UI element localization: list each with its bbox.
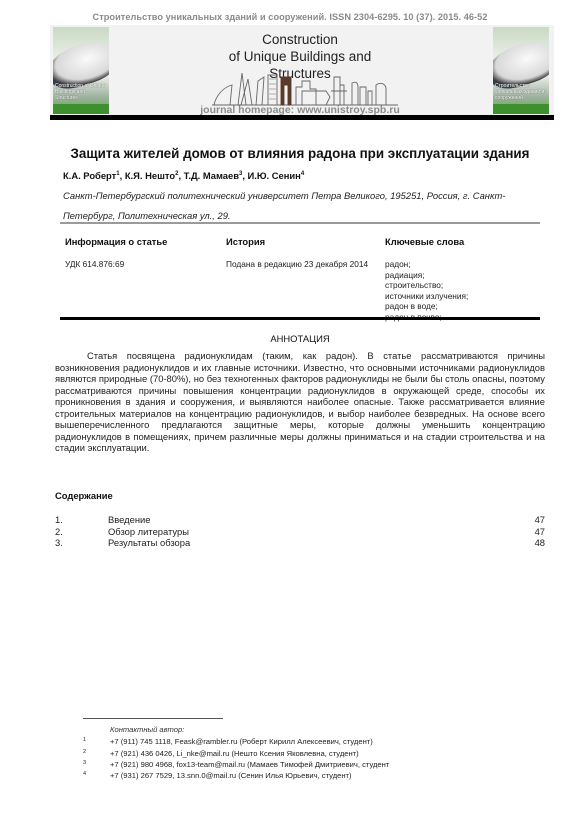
footnote: 2+7 (921) 436 0426, Li_nke@mail.ru (Нешт… [83,749,553,758]
footnote: 4+7 (931) 267 7529, 13.snn.0@mail.ru (Се… [83,771,553,780]
udk-code: УДК 614.876:69 [65,259,124,270]
banner-title-line1: Construction [200,31,400,48]
affiliation: Санкт-Петербургский политехнический унив… [63,186,543,226]
author-1: К.А. Роберт1, [63,170,125,181]
author-2: К.Я. Нешто2, [125,170,184,181]
contact-author-heading: Контактный автор: [110,725,184,734]
abstract-heading: АННОТАЦИЯ [40,333,560,344]
cover-left-caption: Construction of Unique Buildings and Str… [55,83,109,101]
toc-item[interactable]: 2. Обзор литературы 47 [55,526,545,538]
toc-page: 47 [515,514,545,526]
footnote-text: +7 (911) 745 1118, Feask@rambler.ru (Роб… [110,737,373,746]
keyword: радон; [385,259,468,270]
table-of-contents: 1. Введение 47 2. Обзор литературы 47 3.… [55,514,545,549]
toc-page: 48 [515,537,545,549]
author-3: Т.Д. Мамаев3, [184,170,248,181]
toc-label: Введение [108,514,515,526]
divider-thick [60,317,540,320]
footnote: 1+7 (911) 745 1118, Feask@rambler.ru (Ро… [83,737,553,746]
toc-item[interactable]: 1. Введение 47 [55,514,545,526]
paper-title: Защита жителей домов от влияния радона п… [40,146,560,161]
footnote-divider [83,718,223,719]
footnote-text: +7 (921) 436 0426, Li_nke@mail.ru (Нешто… [110,749,359,758]
keyword: радиация; [385,270,468,281]
keywords-list: радон; радиация; строительство; источник… [385,259,468,323]
cover-green-stripe [493,104,549,114]
journal-citation-line: Строительство уникальных зданий и сооруж… [0,12,580,22]
journal-cover-left: Construction of Unique Buildings and Str… [53,27,109,114]
article-info-heading: Информация о статье [65,236,167,247]
toc-label: Результаты обзора [108,537,515,549]
footnote-mark: 4 [83,771,110,777]
footnote: 3+7 (921) 980 4968, fox13-team@mail.ru (… [83,760,553,769]
contents-heading: Содержание [55,490,113,501]
footnote-text: +7 (931) 267 7529, 13.snn.0@mail.ru (Сен… [110,771,352,780]
keyword: строительство; [385,280,468,291]
history-heading: История [226,236,265,247]
footnote-text: +7 (921) 980 4968, fox13-team@mail.ru (М… [110,760,389,769]
toc-number: 3. [55,537,108,549]
submission-history: Подана в редакцию 23 декабря 2014 [226,259,376,270]
author-4: И.Ю. Сенин4 [248,170,305,181]
footnote-mark: 1 [83,737,110,743]
divider-thin [60,222,540,224]
footnote-mark: 3 [83,760,110,766]
keyword: радон в воде; [385,301,468,312]
toc-number: 1. [55,514,108,526]
toc-number: 2. [55,526,108,538]
toc-label: Обзор литературы [108,526,515,538]
footnote-mark: 2 [83,749,110,755]
abstract-text: Статья посвящена радионуклидам (таким, к… [55,350,545,454]
keyword: источники излучения; [385,291,468,302]
cover-right-caption: Строительство уникальных зданий и сооруж… [495,83,549,101]
journal-cover-right: Строительство уникальных зданий и сооруж… [493,27,549,114]
skyline-logo-icon [210,67,400,106]
toc-item[interactable]: 3. Результаты обзора 48 [55,537,545,549]
toc-page: 47 [515,526,545,538]
author-list: К.А. Роберт1, К.Я. Нешто2, Т.Д. Мамаев3,… [63,170,304,181]
banner-bottom-bar [50,115,554,120]
cover-green-stripe [53,104,109,114]
keywords-heading: Ключевые слова [385,236,464,247]
